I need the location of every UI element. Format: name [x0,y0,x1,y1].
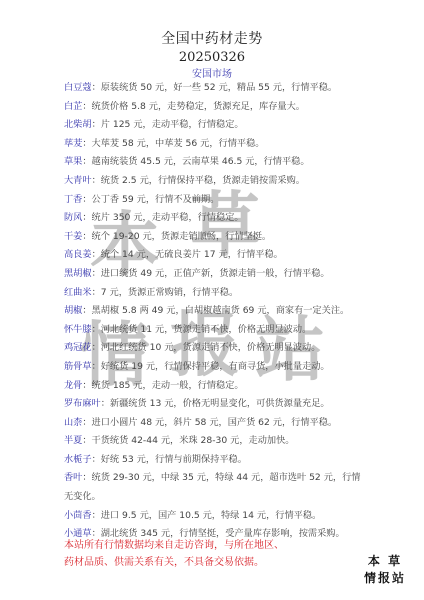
herb-name: 半夏 [64,435,82,446]
list-item: 丁香：公丁香 59 元，行情不及前期。 [64,191,364,210]
herb-detail: ：统个 19-20 元，货源走销顺畅，行情坚挺。 [82,231,271,242]
list-item: 香叶：统货 29-30 元，中绿 35 元，特绿 44 元，超市选叶 52 元，… [64,469,364,506]
logo-line: 本 草 [355,553,415,570]
herb-name: 黑胡椒 [64,268,92,279]
list-item: 防风：统片 350 元，走动平稳，行情稳定。 [64,209,364,228]
herb-name: 香叶 [64,472,82,483]
herb-detail: ：河北统货 11 元，货源走销不快，价格无明显波动。 [92,324,312,335]
list-item: 筋骨草：好统货 19 元，行情保持平稳，有商寻货，小批量走动。 [64,358,364,377]
site-logo: 本 草 情报站 [355,553,415,587]
herb-name: 罗布麻叶 [64,398,101,409]
herb-detail: ：统货 2.5 元，行情保持平稳，货源走销按需采购。 [92,175,305,186]
herb-name: 小茴香 [64,510,92,521]
herb-detail: ：统货 29-30 元，中绿 35 元，特绿 44 元，超市选叶 52 元，行情… [64,472,360,502]
list-item: 红曲米：7 元，货源正常购销，行情平稳。 [64,284,364,303]
herb-detail: ：好统货 19 元，行情保持平稳，有商寻货，小批量走动。 [92,361,330,372]
herb-detail: ：进口 9.5 元，国产 10.5 元，特绿 14 元，行情平稳。 [92,510,322,521]
list-item: 水栀子：好统 53 元，行情与前期保持平稳。 [64,451,364,470]
disclaimer-line: 本站所有行情数据均来自走访咨询，与所在地区、 [64,537,324,554]
list-item: 鸡冠花：河北红统货 10 元，货源走销不快，价格无明显波动。 [64,339,364,358]
herb-name: 北柴胡 [64,119,92,130]
herb-detail: ：统货价格 5.8 元，走势稳定，货源充足，库存量大。 [82,101,305,112]
list-item: 大青叶：统货 2.5 元，行情保持平稳，货源走销按需采购。 [64,172,364,191]
herb-detail: ：片 125 元，走动平稳，行情稳定。 [92,119,244,130]
herb-name: 鸡冠花 [64,342,92,353]
list-item: 半夏：干货统货 42-44 元，米珠 28-30 元，走动加快。 [64,432,364,451]
herb-detail: ：黑胡椒 5.8 两 49 元，白胡椒越南货 69 元，商家有一定关注。 [82,305,349,316]
herb-price-list: 白豆蔻：原装统货 50 元，好一些 52 元，精品 55 元，行情平稳。 白芷：… [64,79,364,544]
herb-name: 防风 [64,212,82,223]
herb-detail: ：越南统装货 45.5 元，云南草果 46.5 元，行情平稳。 [82,156,309,167]
herb-name: 水栀子 [64,454,92,465]
herb-detail: ：大荜茇 58 元，中荜茇 56 元，行情平稳。 [82,138,264,149]
list-item: 荜茇：大荜茇 58 元，中荜茇 56 元，行情平稳。 [64,135,364,154]
herb-detail: ：统个 14 元，无硫良姜片 17 元，行情平稳。 [92,249,283,260]
herb-name: 白豆蔻 [64,82,92,93]
herb-name: 龙骨 [64,380,82,391]
list-item: 龙骨：统货 185 元，走动一般，行情稳定。 [64,377,364,396]
herb-name: 干姜 [64,231,82,242]
logo-line: 情报站 [355,570,415,587]
herb-name: 丁香 [64,194,82,205]
list-item: 黑胡椒：进口统货 49 元，正值产新，货源走销一般，行情平稳。 [64,265,364,284]
list-item: 北柴胡：片 125 元，走动平稳，行情稳定。 [64,116,364,135]
herb-detail: ：新疆统货 13 元，价格无明显变化，可供货源量充足。 [101,398,330,409]
herb-detail: ：统货 185 元，走动一般，行情稳定。 [82,380,243,391]
disclaimer-line: 药材品质、供需关系有关，不具备交易依据。 [64,554,324,571]
herb-name: 红曲米 [64,287,92,298]
herb-name: 高良姜 [64,249,92,260]
list-item: 白芷：统货价格 5.8 元，走势稳定，货源充足，库存量大。 [64,98,364,117]
herb-detail: ：7 元，货源正常购销，行情平稳。 [92,287,239,298]
herb-detail: ：公丁香 59 元，行情不及前期。 [82,194,219,205]
list-item: 白豆蔻：原装统货 50 元，好一些 52 元，精品 55 元，行情平稳。 [64,79,364,98]
herb-name: 筋骨草 [64,361,92,372]
page-title: 全国中药材走势 [0,30,424,48]
herb-detail: ：统片 350 元，走动平稳，行情稳定。 [82,212,243,223]
disclaimer: 本站所有行情数据均来自走访咨询，与所在地区、 药材品质、供需关系有关，不具备交易… [64,537,324,571]
herb-detail: ：干货统货 42-44 元，米珠 28-30 元，走动加快。 [82,435,294,446]
list-item: 小茴香：进口 9.5 元，国产 10.5 元，特绿 14 元，行情平稳。 [64,507,364,526]
herb-name: 胡椒 [64,305,82,316]
herb-name: 草果 [64,156,82,167]
list-item: 胡椒：黑胡椒 5.8 两 49 元，白胡椒越南货 69 元，商家有一定关注。 [64,302,364,321]
herb-name: 荜茇 [64,138,82,149]
herb-detail: ：好统 53 元，行情与前期保持平稳。 [92,454,247,465]
herb-name: 怀牛膝 [64,324,92,335]
list-item: 山柰：进口小圆片 48 元，斜片 58 元，国产货 62 元，行情平稳。 [64,414,364,433]
list-item: 干姜：统个 19-20 元，货源走销顺畅，行情坚挺。 [64,228,364,247]
herb-detail: ：河北红统货 10 元，货源走销不快，价格无明显波动。 [92,342,321,353]
list-item: 罗布麻叶：新疆统货 13 元，价格无明显变化，可供货源量充足。 [64,395,364,414]
list-item: 草果：越南统装货 45.5 元，云南草果 46.5 元，行情平稳。 [64,153,364,172]
report-date: 20250326 [0,49,424,67]
list-item: 高良姜：统个 14 元，无硫良姜片 17 元，行情平稳。 [64,246,364,265]
herb-name: 大青叶 [64,175,92,186]
herb-detail: ：原装统货 50 元，好一些 52 元，精品 55 元，行情平稳。 [92,82,338,93]
list-item: 怀牛膝：河北统货 11 元，货源走销不快，价格无明显波动。 [64,321,364,340]
page-header: 全国中药材走势 20250326 安国市场 [0,30,424,82]
herb-detail: ：进口小圆片 48 元，斜片 58 元，国产货 62 元，行情平稳。 [82,417,337,428]
herb-name: 山柰 [64,417,82,428]
herb-detail: ：进口统货 49 元，正值产新，货源走销一般，行情平稳。 [92,268,330,279]
herb-name: 白芷 [64,101,82,112]
